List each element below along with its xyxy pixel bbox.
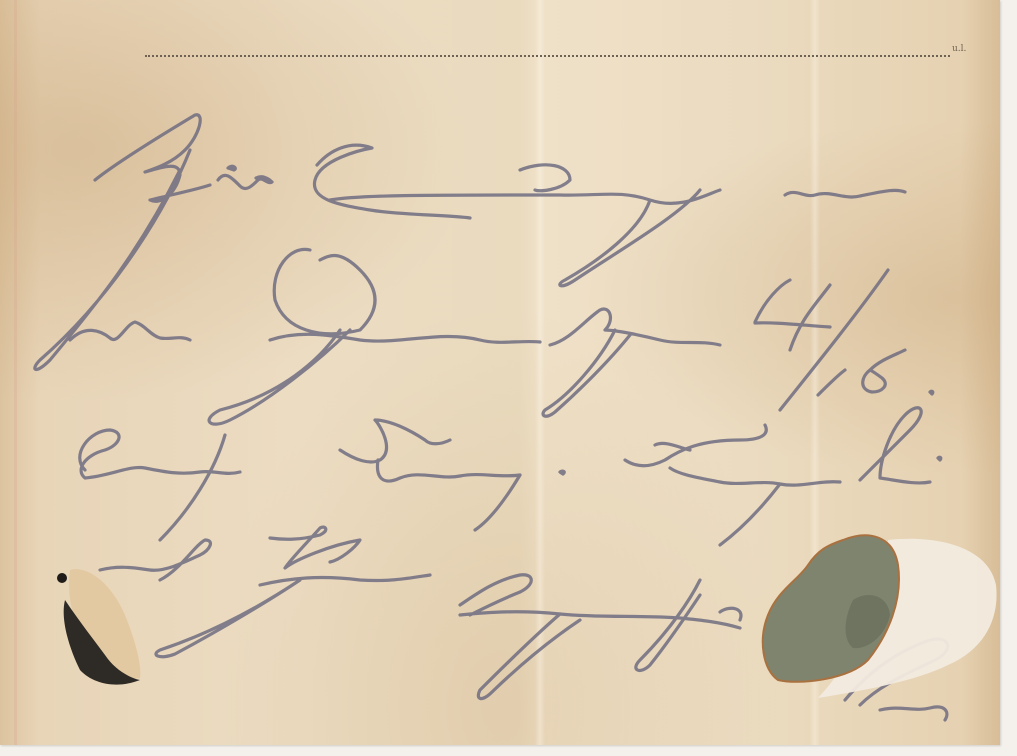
handwriting-line-4: [100, 527, 741, 698]
handwriting-line-1: [35, 115, 905, 370]
postcard-back: u.l.: [0, 0, 1000, 745]
handwriting-line-3: [80, 408, 941, 545]
torn-paper-stain-left: [50, 560, 145, 690]
glue-residue-right: [758, 530, 998, 700]
handwriting-line-2: [70, 249, 933, 424]
